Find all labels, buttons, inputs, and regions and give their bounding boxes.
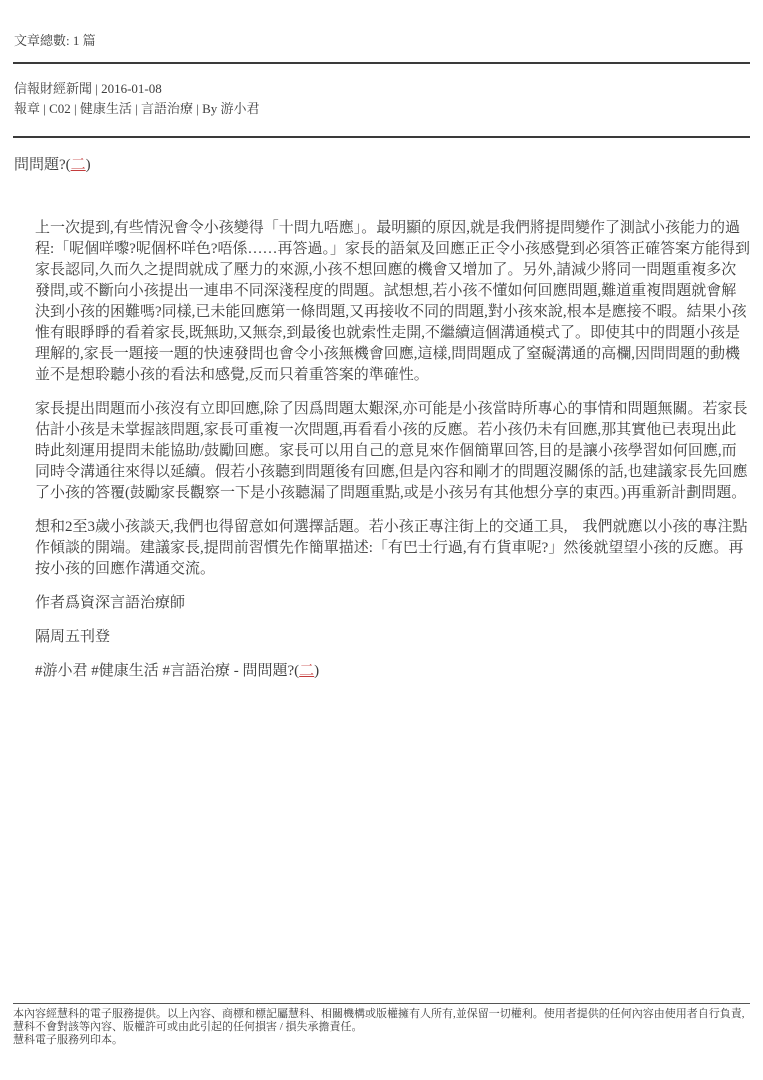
footer-print-note: 慧科電子服務列印本。: [13, 1034, 750, 1047]
top-divider: [13, 62, 750, 64]
footer: 本內容經慧科的電子服務提供。以上內容、商標和標記屬慧科、相關機構或版權擁有人所有…: [13, 1003, 750, 1047]
article-paragraph: 上一次提到,有些情況會令小孩變得「十問九唔應」。最明顯的原因,就是我們將提問變作…: [35, 218, 750, 386]
article-title-text: 問問題?(: [14, 157, 71, 173]
tags-text: ): [314, 663, 319, 679]
article-paragraph: 家長提出問題而小孩沒有立即回應,除了因爲問題太艱深,亦可能是小孩當時所專心的事情…: [35, 399, 750, 504]
meta-categories: 報章 | C02 | 健康生活 | 言語治療 | By 游小君: [14, 99, 750, 119]
tags-line: #游小君 #健康生活 #言語治療 - 問問題?(二): [35, 661, 750, 682]
article-meta: 信報財經新聞 | 2016-01-08 報章 | C02 | 健康生活 | 言語…: [14, 79, 750, 119]
footer-divider: [13, 1003, 750, 1004]
article-title-text: ): [86, 157, 91, 173]
publish-cycle-note: 隔周五刊登: [35, 627, 750, 648]
title-divider: [13, 136, 750, 138]
article-title: 問問題?(二): [14, 155, 750, 176]
author-note: 作者爲資深言語治療師: [35, 593, 750, 614]
article-body: 上一次提到,有些情況會令小孩變得「十問九唔應」。最明顯的原因,就是我們將提問變作…: [35, 218, 750, 682]
page: 文章總數: 1 篇 信報財經新聞 | 2016-01-08 報章 | C02 |…: [0, 0, 763, 682]
highlighted-keyword: 二: [299, 663, 314, 679]
meta-source-date: 信報財經新聞 | 2016-01-08: [14, 79, 750, 99]
highlighted-keyword: 二: [71, 157, 86, 173]
tags-text: #游小君 #健康生活 #言語治療 - 問問題?(: [35, 663, 299, 679]
footer-disclaimer: 本內容經慧科的電子服務提供。以上內容、商標和標記屬慧科、相關機構或版權擁有人所有…: [13, 1008, 750, 1034]
article-count-label: 文章總數: 1 篇: [14, 0, 750, 49]
article-paragraph: 想和2至3歲小孩談天,我們也得留意如何選擇話題。若小孩正專注街上的交通工具, 我…: [35, 517, 750, 580]
footer-text: 本內容經慧科的電子服務提供。以上內容、商標和標記屬慧科、相關機構或版權擁有人所有…: [13, 1008, 750, 1047]
